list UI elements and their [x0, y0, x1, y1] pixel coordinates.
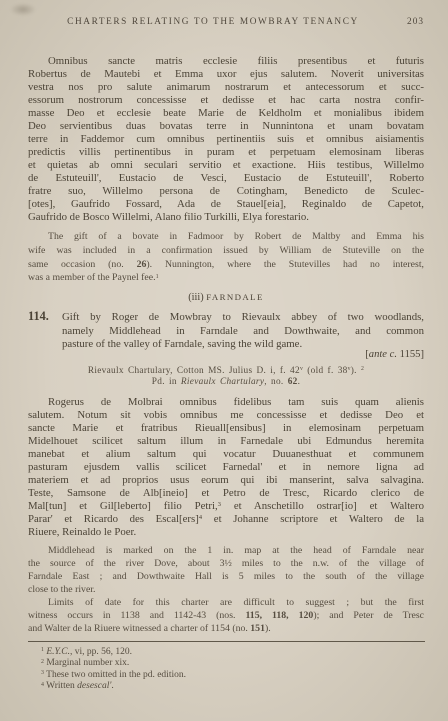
text-line: Riuere, Reinaldo le Poer.: [28, 526, 424, 539]
text-line: salutem. Notum sit vobis omnibus me conc…: [28, 409, 424, 422]
text-line: 4 Written desescal'.: [41, 681, 424, 692]
page-number: 203: [407, 17, 424, 27]
text-line: pasturam ejusdem vallis scilicet Farneda…: [28, 461, 424, 474]
text-line: Limits of date for this charter are diff…: [28, 596, 424, 609]
text-line: Teste, Samsone de Alb[ineio] et Petro de…: [28, 487, 424, 500]
charter-114-text: Rogerus de Molbrai omnibus fidelibus tam…: [28, 396, 424, 539]
text-line: 3 These two omitted in the pd. edition.: [41, 670, 424, 681]
text-line: materiem et ad proprios usus eorum qui i…: [28, 474, 424, 487]
charter-113-text: Omnibus sancte matris ecclesie filiis pr…: [28, 55, 424, 224]
text-line: Deo servientibus duas bovatas terre in N…: [28, 120, 424, 133]
text-line: Rievaulx Chartulary, Cotton MS. Julius D…: [28, 366, 424, 377]
scan-smudge: [10, 3, 36, 16]
text-line: sancte Marie et fratribus Rieuall[ensibu…: [28, 422, 424, 435]
text-line: de Estuteuill', Eustacio de Vesci, Eusta…: [28, 172, 424, 185]
text-line: Midelhouet scilicet saltum illum in Farn…: [28, 435, 424, 448]
charter-114-editorial-note-1: Middlehead is marked on the 1 in. map at…: [28, 544, 424, 596]
text-line: Gift by Roger de Mowbray to Rievaulx abb…: [62, 311, 424, 325]
text-line: [ante c. 1155]: [28, 349, 424, 360]
text-line: The gift of a bovate in Fadmoor by Rober…: [28, 230, 424, 244]
footnotes: 1 E.Y.C., vi, pp. 56, 120.2 Marginal num…: [28, 647, 424, 693]
text-line: witness occurs in 1138 and 1142-43 (nos.…: [28, 609, 424, 622]
text-line: Pd. in Rievaulx Chartulary, no. 62.: [28, 377, 424, 388]
charter-114-summary: Gift by Roger de Mowbray to Rievaulx abb…: [62, 311, 424, 352]
charter-113-editorial-note: The gift of a bovate in Fadmoor by Rober…: [28, 230, 424, 285]
text-line: et quietas ab omni seculari servitio et …: [28, 159, 424, 172]
text-line: and Walter de la Riuere witnessed a char…: [28, 622, 424, 635]
text-line: Gaufrido de Bosco Willelmi, Alano filio …: [28, 211, 424, 224]
text-line: same occasion (no. 26). Nunnington, wher…: [28, 258, 424, 272]
text-line: Robertus de Mautebi et Emma uxor ejus sa…: [28, 68, 424, 81]
charter-114-date: [ante c. 1155]: [28, 349, 424, 360]
section-heading: (iii) FARNDALE: [28, 292, 424, 303]
text-line: (iii) FARNDALE: [28, 292, 424, 303]
text-line: 2 Marginal number xix.: [41, 658, 424, 669]
footnote-rule: [28, 641, 425, 642]
text-line: vestra nos pro salute animarum nostrarum…: [28, 81, 424, 94]
text-line: fratre suo, Willelmo persona de Cotingha…: [28, 185, 424, 198]
text-line: Rogerus de Molbrai omnibus fidelibus tam…: [28, 396, 424, 409]
scanned-book-page: CHARTERS RELATING TO THE MOWBRAY TENANCY…: [0, 0, 448, 721]
text-line: masse Deo et ecclesie beate Marie de Kel…: [28, 107, 424, 120]
text-line: Farndale East ; and Dowthwaite Hall is 5…: [28, 570, 424, 583]
text-line: essorum nostrorum concessisse et dedisse…: [28, 94, 424, 107]
text-line: close to the river.: [28, 583, 424, 596]
charter-114-editorial-note-2: Limits of date for this charter are diff…: [28, 596, 424, 635]
text-line: Parar' et Ricardo des Escal[ers]4 et Joh…: [28, 513, 424, 526]
charter-114-source: Rievaulx Chartulary, Cotton MS. Julius D…: [28, 366, 424, 387]
text-line: Omnibus sancte matris ecclesie filiis pr…: [28, 55, 424, 68]
text-line: wife was included in a confirmation issu…: [28, 244, 424, 258]
charter-number: 114.: [28, 310, 49, 324]
text-line: was a member of the Paynel fee.1: [28, 271, 424, 285]
text-line: Mal[tun] et Gil[leberto] filio Petri,3 e…: [28, 500, 424, 513]
text-line: manebat et alium saltum qui vocatur Duua…: [28, 448, 424, 461]
running-head-title: CHARTERS RELATING TO THE MOWBRAY TENANCY: [67, 17, 359, 27]
text-line: the source of the river Dove, about 3½ m…: [28, 557, 424, 570]
text-line: 1 E.Y.C., vi, pp. 56, 120.: [41, 647, 424, 658]
running-head: CHARTERS RELATING TO THE MOWBRAY TENANCY…: [28, 17, 424, 27]
text-line: namely Middlehead in Farndale and Dowthw…: [62, 325, 424, 339]
text-line: Middlehead is marked on the 1 in. map at…: [28, 544, 424, 557]
text-line: [otes], Gaufrido Fossard, Ada de Stauel[…: [28, 198, 424, 211]
text-line: predictis villis pertinentibus in puram …: [28, 146, 424, 159]
charter-114-entry: 114. Gift by Roger de Mowbray to Rievaul…: [28, 311, 424, 352]
text-line: terre in Faddemor cum omnibus pertinenti…: [28, 133, 424, 146]
